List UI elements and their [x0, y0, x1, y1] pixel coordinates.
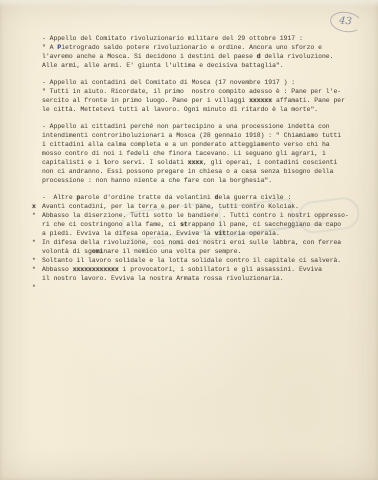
typed-line: Alle armi, alle armi. E' giunta l'ultima… — [42, 61, 362, 70]
typed-line: volontà di sgominare il nemico una volta… — [42, 247, 362, 256]
list-marker: * — [32, 283, 36, 292]
typed-line: non ci andranno. Essi possono pregare in… — [42, 167, 362, 176]
list-marker: * — [32, 238, 36, 247]
typed-line: processione : non hanno niente a che far… — [42, 176, 362, 185]
typed-line: ri che ci costringono alla fame, ci stra… — [42, 220, 362, 229]
typed-text-block: - Appello del Comitato rivoluzionario mi… — [42, 34, 362, 292]
list-marker: * — [32, 256, 36, 265]
typed-line: xAvanti contadini, per la terra e per il… — [42, 202, 362, 211]
document-page: 43 - Appello del Comitato rivoluzionario… — [0, 0, 378, 480]
typed-line: a piedi. Evviva la difesa operaia. Evviv… — [42, 229, 362, 238]
typed-line: sercito al fronte in primo luogo. Pane p… — [42, 96, 362, 105]
page-number: 43 — [339, 14, 353, 28]
typed-line: - Appello del Comitato rivoluzionario mi… — [42, 34, 362, 43]
typed-line: intendimenti controriboluzionari a Mosca… — [42, 131, 362, 140]
typed-line: mosso contro di noi i fedeli che finora … — [42, 149, 362, 158]
typed-line: capitalisti e i loro servi. I soldati xx… — [42, 158, 362, 167]
typed-line: l'avremo anche a Mosca. Si decidono i de… — [42, 52, 362, 61]
typed-line: - Appello ai contadini del Comitato di M… — [42, 78, 362, 87]
typed-line: " Tutti in aiuto. Ricordate, il primo no… — [42, 87, 362, 96]
typed-line: le città. Mettetevi tutti al lavoro. Ogn… — [42, 105, 362, 114]
list-marker: * — [32, 265, 36, 274]
typed-line: - Appello ai cittadini perché non partec… — [42, 122, 362, 131]
typed-line: i cittadini alla calma completa e a un p… — [42, 140, 362, 149]
page-number-annotation: 43 — [329, 10, 364, 35]
typed-line: - Altre parole d'ordine tratte da volant… — [42, 193, 362, 202]
typed-line: *Abbasso la diserzione. Tutti sotto le b… — [42, 211, 362, 220]
typed-line: *Abbasso xxxxxxxxxxxx i provocatori, i s… — [42, 265, 362, 274]
list-marker: * — [32, 211, 36, 220]
typed-line: " A Pietrogrado saldo potere rivoluziona… — [42, 43, 362, 52]
typed-line: * — [42, 283, 362, 292]
typed-line: il nostro lavoro. Evviva la nostra Armat… — [42, 274, 362, 283]
typed-line: *Soltanto il lavoro solidale e la lotta … — [42, 256, 362, 265]
list-marker: x — [32, 202, 36, 211]
typed-line: *In difesa della rivoluzione, coi nomi d… — [42, 238, 362, 247]
